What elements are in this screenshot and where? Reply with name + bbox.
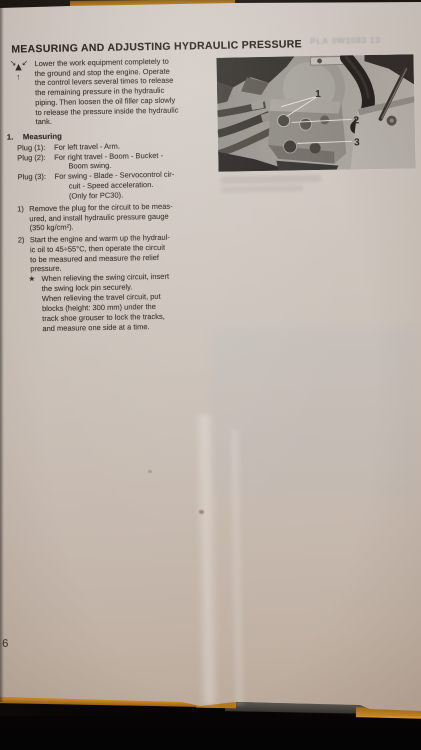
photo-warm-cast (216, 54, 415, 172)
section-title: Measuring (23, 132, 62, 142)
step-number: 1) (17, 204, 29, 214)
star-marker: ★ (28, 274, 41, 284)
step-item: 2) Start the engine and warm up the hydr… (18, 233, 174, 275)
plug-list: Plug (1): For left travel - Arm. Plug (2… (17, 141, 175, 202)
paper-speck (148, 470, 152, 473)
plug-row: Plug (3): For swing - Blade - Servocontr… (18, 170, 175, 202)
step-text: Start the engine and warm up the hydraul… (30, 233, 171, 274)
note-text: When relieving the swing circuit, insert… (41, 272, 169, 294)
section-number: 1. (7, 132, 23, 141)
plug-description: For right travel - Boom - Bucket - Boom … (54, 151, 163, 172)
note-item: ★ When relieving the swing circuit, inse… (28, 272, 169, 295)
plug-label: Plug (2): (17, 153, 54, 163)
step-number: 2) (18, 235, 30, 245)
step-list: 1) Remove the plug for the circuit to be… (17, 202, 174, 275)
step-text: Remove the plug for the circuit to be me… (29, 202, 173, 234)
note-text: When relieving the travel circuit, put b… (42, 292, 165, 334)
warning-text: Lower the work equipment completely to t… (34, 56, 213, 127)
caution-symbol-icon: ↘ ↙ ▲ ↑ (9, 60, 29, 82)
page-left-edge-shadow (0, 2, 4, 702)
plug-label: Plug (3): (18, 172, 55, 182)
section-heading-measuring: 1.Measuring (7, 132, 62, 142)
show-through-stamp: PLA 0W1083 13 (310, 35, 380, 46)
note-list: ★ When relieving the swing circuit, inse… (28, 272, 170, 335)
show-through-text-smudge (221, 175, 321, 184)
arrow-up-icon: ↑ (16, 73, 20, 81)
note-item: When relieving the travel circuit, put b… (29, 292, 170, 335)
figure-photo-hydraulic-pump: 1 2 3 (216, 54, 415, 172)
warning-note: ↘ ↙ ▲ ↑ Lower the work equipment complet… (8, 56, 213, 128)
plug-description: For swing - Blade - Servocontrol cir- cu… (55, 170, 175, 201)
page-title: MEASURING AND ADJUSTING HYDRAULIC PRESSU… (11, 38, 302, 55)
step-item: 1) Remove the plug for the circuit to be… (17, 202, 173, 234)
photographed-manual-page: MEASURING AND ADJUSTING HYDRAULIC PRESSU… (0, 0, 421, 750)
show-through-box (212, 328, 415, 493)
paper-speck (199, 510, 204, 514)
show-through-text-smudge (221, 185, 303, 193)
